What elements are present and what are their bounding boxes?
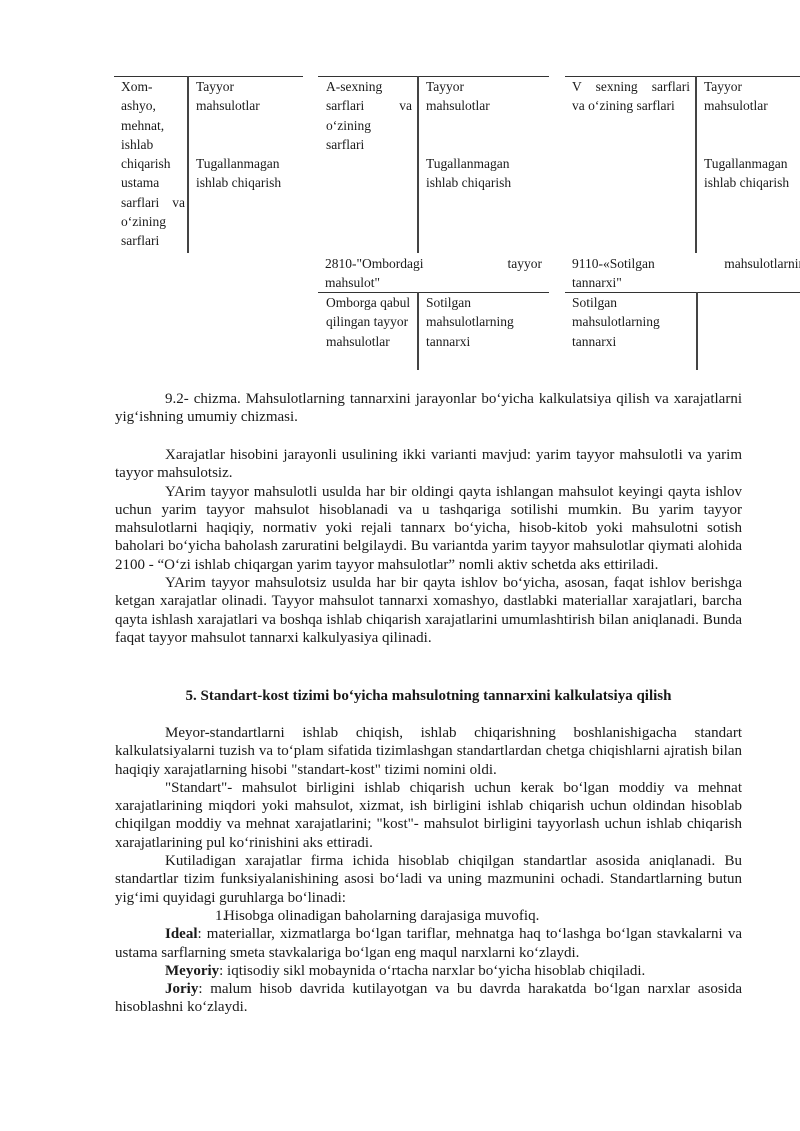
definition-ideal: Ideal: materiallar, xizmatlarga bo‘lgan … (115, 925, 742, 962)
line: mehnat, (121, 116, 185, 135)
account3-debit: V sexning sarflari va o‘zining sarflari (572, 77, 690, 116)
list-text: Hisobga olinadigan baholarning darajasig… (224, 908, 539, 924)
line: ustama (121, 173, 185, 192)
list-item: 1.Hisobga olinadigan baholarning darajas… (115, 907, 742, 925)
account4-credit: Sotilgan mahsulotlarning tannarxi (426, 293, 536, 351)
account4-title: 2810-"Ombordagi tayyor mahsulot" (325, 254, 542, 293)
paragraph: Kutiladigan xarajatlar firma ichida hiso… (115, 852, 742, 907)
line: A-sexning (326, 77, 412, 96)
definition-text: : materiallar, xizmatlarga bo‘lgan tarif… (115, 926, 742, 960)
line: 2810-"Ombordagi tayyor (325, 254, 542, 273)
account5-divider (696, 292, 698, 370)
line: sarflari va (326, 96, 412, 115)
account2-divider (417, 76, 419, 253)
line: 9110-«Sotilgan mahsulotlarning (572, 254, 800, 273)
account2-credit-bottom: Tugallanmagan ishlab chiqarish (426, 154, 536, 193)
definition-joriy: Joriy: malum hisob davrida kutilayotgan … (115, 980, 742, 1017)
line: Xom- (121, 77, 185, 96)
line: sarflari va (121, 193, 185, 212)
line: ishlab (121, 135, 185, 154)
account5-debit: Sotilgan mahsulotlarning tannarxi (572, 293, 682, 351)
term: Meyoriy (165, 963, 219, 979)
definition-meyoriy: Meyoriy: iqtisodiy sikl mobaynida o‘rtac… (115, 962, 742, 980)
account3-credit-bottom: Tugallanmagan ishlab chiqarish (704, 154, 800, 193)
line: tannarxi" (572, 273, 800, 292)
paragraph: YArim tayyor mahsulotli usulda har bir o… (115, 483, 742, 574)
account3-credit-top: Tayyor mahsulotlar (704, 77, 800, 116)
list-number: 1. (165, 907, 224, 925)
line: o‘zining (121, 212, 185, 231)
definition-text: : iqtisodiy sikl mobaynida o‘rtacha narx… (219, 963, 645, 979)
paragraph: "Standart"- mahsulot birligini ishlab ch… (115, 779, 742, 852)
line: V sexning sarflari (572, 77, 690, 96)
term: Ideal (165, 926, 198, 942)
account1-debit: Xom- ashyo, mehnat, ishlab chiqarish ust… (121, 77, 185, 251)
term: Joriy (165, 981, 198, 997)
paragraph: Xarajatlar hisobini jarayonli usulining … (115, 446, 742, 483)
definition-text: : malum hisob davrida kutilayotgan va bu… (115, 981, 742, 1015)
account1-credit-top: Tayyor mahsulotlar (196, 77, 296, 116)
line: chiqarish (121, 154, 185, 173)
line: sarflari (326, 135, 412, 154)
figure-caption: 9.2- chizma. Mahsulotlarning tannarxini … (115, 390, 742, 427)
line: mahsulot" (325, 273, 542, 292)
account1-credit-bottom: Tugallanmagan ishlab chiqarish (196, 154, 306, 193)
account3-divider (695, 76, 697, 253)
account5-title: 9110-«Sotilgan mahsulotlarning tannarxi" (572, 254, 800, 293)
paragraph: Meyor-standartlarni ishlab chiqish, ishl… (115, 724, 742, 779)
account2-debit: A-sexning sarflari va o‘zining sarflari (326, 77, 412, 154)
line: o‘zining (326, 116, 412, 135)
line: va o‘zining sarflari (572, 96, 690, 115)
body-section-2: Meyor-standartlarni ishlab chiqish, ishl… (115, 724, 742, 1017)
paragraph: YArim tayyor mahsulotsiz usulda har bir … (115, 574, 742, 647)
account4-debit: Omborga qabul qilingan tayyor mahsulotla… (326, 293, 416, 351)
line: sarflari (121, 231, 185, 250)
section-heading: 5. Standart-kost tizimi bo‘yicha mahsulo… (115, 687, 742, 705)
figure-caption-block: 9.2- chizma. Mahsulotlarning tannarxini … (115, 390, 742, 427)
account2-credit-top: Tayyor mahsulotlar (426, 77, 526, 116)
line: ashyo, (121, 96, 185, 115)
account1-divider (187, 76, 189, 253)
t-account-diagram: Xom- ashyo, mehnat, ishlab chiqarish ust… (0, 0, 800, 380)
body-section-1: Xarajatlar hisobini jarayonli usulining … (115, 446, 742, 647)
account4-divider (417, 292, 419, 370)
